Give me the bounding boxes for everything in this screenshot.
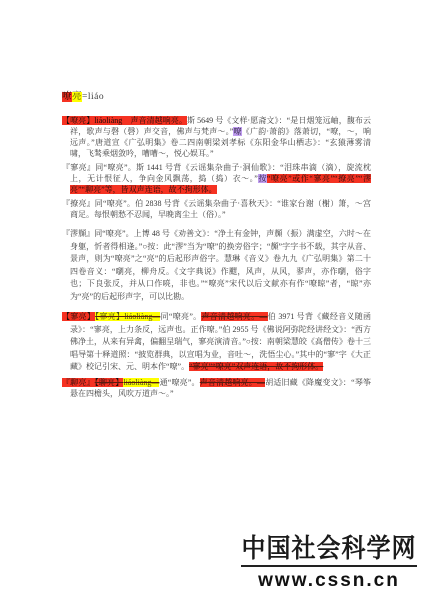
watermark-divider [241,565,417,567]
entry-title: 嘹亮=liáo [62,92,371,103]
paragraph-segment: 嘹 [233,127,241,136]
document-content: 嘹亮=liáo 【嘹亮】liáoliàng 声音清越响亮。斯 5649 号《文样… [62,92,371,402]
paragraph-segment: 按 [258,174,267,183]
cssn-url: www.cssn.cn [239,570,419,592]
paragraph-segment: 『撩亮』同“嘹亮”。伯 2838 号背《云谣集杂曲子·喜秋天》：“谁家台谢（榭）… [62,199,371,219]
paragraph-segment: 『聊亮』 [62,378,95,387]
paragraph-segment: 【寥亮】 [62,312,95,321]
paragraph: 『漻䫨』同“嘹亮”。上博 48 号《劝善文》：“净土有金钟，声䫨（振）满虚空，六… [62,228,371,303]
paragraph: 【寥亮】【寥亮】liáoliàng—同“嘹亮”。声音清越响亮。—伯 3971 号… [62,311,371,374]
paragraph: 【嘹亮】liáoliàng 声音清越响亮。斯 5649 号《文样·愿斋文》：“是… [62,115,371,159]
paragraph-segment: 【寥亮】liáoliàng— [95,312,160,321]
paragraph-segment: 同“嘹亮”。 [160,312,201,321]
entry-title-segment: 亮 [72,92,82,102]
paragraph: 『聊亮』【聊亮】liáoliàng—通“嘹亮”。声音清越响亮。—胡适旧藏《降魔变… [62,377,371,399]
cssn-logo-text: 中国社会科学网 [239,527,419,565]
paragraph-segment: liáoliàng— [123,378,159,387]
paragraph-segment: 【嘹亮】liáoliàng 声音清越响亮。 [62,116,187,125]
paragraph-segment: 声音清越响亮。— [200,378,265,387]
entry-paragraphs: 【嘹亮】liáoliàng 声音清越响亮。斯 5649 号《文样·愿斋文》：“是… [62,115,371,399]
paragraph: 『寥亮』同“嘹亮”。斯 1441 号背《云谣集杂曲子·洞仙歌》：“泪珠串滴（滴）… [62,162,371,195]
paragraph-segment: “寥亮”“嘹亮”双声连语，故不拘形体。 [189,362,323,371]
paragraph-segment: 『漻䫨』同“嘹亮”。上博 48 号《劝善文》：“净土有金钟，声䫨（振）满虚空，六… [62,229,371,301]
scanned-document-page: 嘹亮=liáo 【嘹亮】liáoliàng 声音清越响亮。斯 5649 号《文样… [0,0,425,600]
entry-title-segment: 嘹 [62,92,72,102]
cssn-watermark: 中国社会科学网 www.cssn.cn [239,528,419,592]
paragraph-segment: 【聊亮】 [95,378,124,387]
paragraph: 『撩亮』同“嘹亮”。伯 2838 号背《云谣集杂曲子·喜秋天》：“谁家台谢（榭）… [62,198,371,220]
entry-title-segment: =liáo [82,92,104,102]
paragraph-segment: 声音清越响亮。— [201,312,267,321]
paragraph-segment: 通“嘹亮”。 [159,378,199,387]
